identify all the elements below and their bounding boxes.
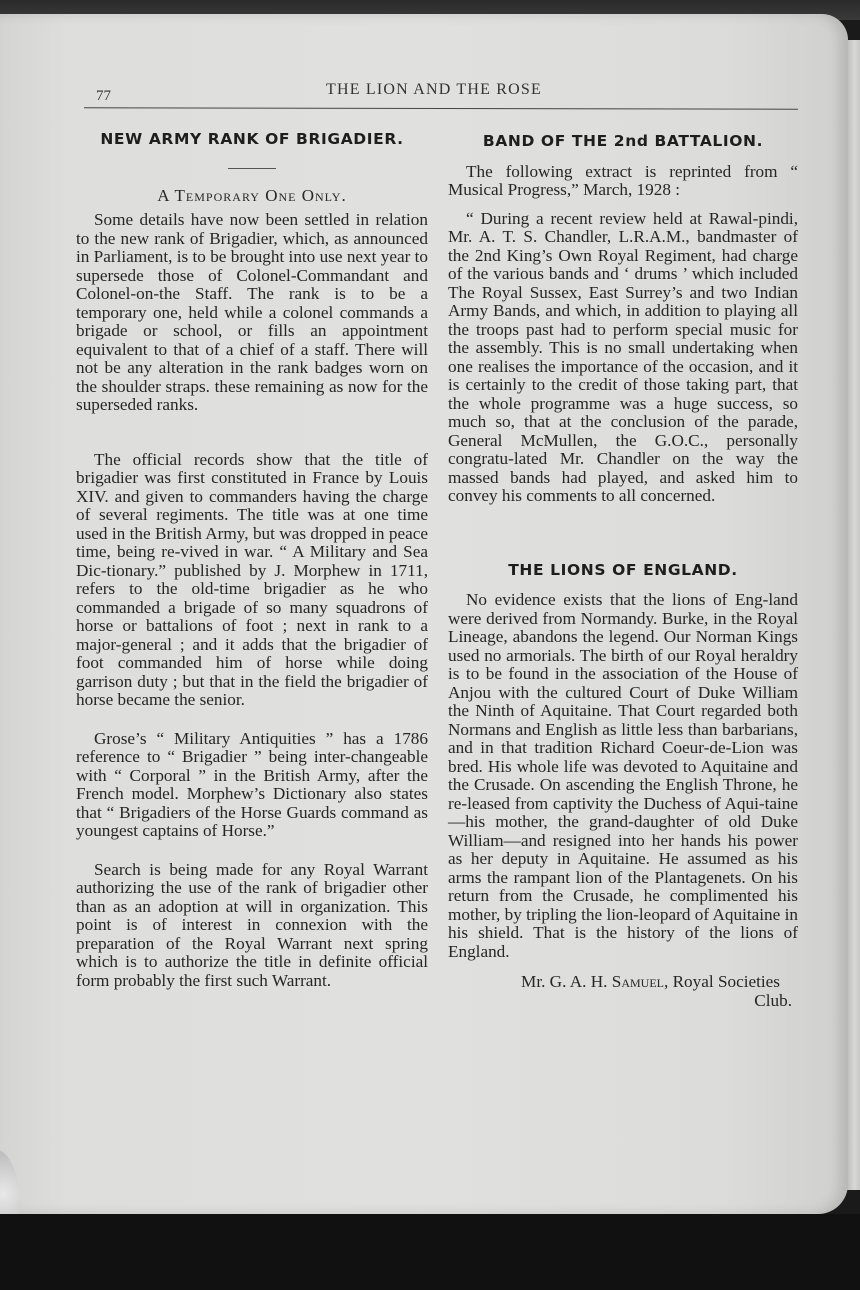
signature-surname: Samuel [612, 972, 664, 991]
running-header: 77 THE LION AND THE ROSE [84, 78, 796, 104]
author-signature: Mr. G. A. H. Samuel, Royal Societies [448, 973, 798, 992]
band-article-title: BAND OF THE 2nd BATTALION. [448, 132, 798, 151]
band-paragraph-1: The following extract is reprinted from … [448, 163, 798, 200]
right-column: BAND OF THE 2nd BATTALION. The following… [448, 130, 798, 1010]
brigadier-paragraph-2: The official records show that the title… [76, 451, 428, 710]
next-page-edge [846, 40, 860, 1190]
band-paragraph-2: “ During a recent review held at Rawal-p… [448, 210, 798, 506]
lions-article-title: THE LIONS OF ENGLAND. [448, 561, 798, 580]
signature-suffix: , Royal Societies [664, 972, 780, 991]
brigadier-article-title: NEW ARMY RANK OF BRIGADIER. [76, 130, 428, 149]
brigadier-paragraph-4: Search is being made for any Royal Warra… [76, 861, 428, 991]
left-column: NEW ARMY RANK OF BRIGADIER. A Temporary … [76, 130, 428, 990]
brigadier-paragraph-3: Grose’s “ Military Antiquities ” has a 1… [76, 730, 428, 841]
brigadier-article-subtitle: A Temporary One Only. [76, 187, 428, 206]
title-divider [228, 168, 276, 169]
journal-title: THE LION AND THE ROSE [84, 81, 784, 99]
signature-club: Club. [448, 992, 798, 1011]
brigadier-paragraph-1: Some details have now been settled in re… [76, 211, 428, 415]
signature-prefix: Mr. G. A. H. [521, 972, 612, 991]
background-bottom [0, 1214, 860, 1290]
lions-paragraph-1: No evidence exists that the lions of Eng… [448, 591, 798, 961]
